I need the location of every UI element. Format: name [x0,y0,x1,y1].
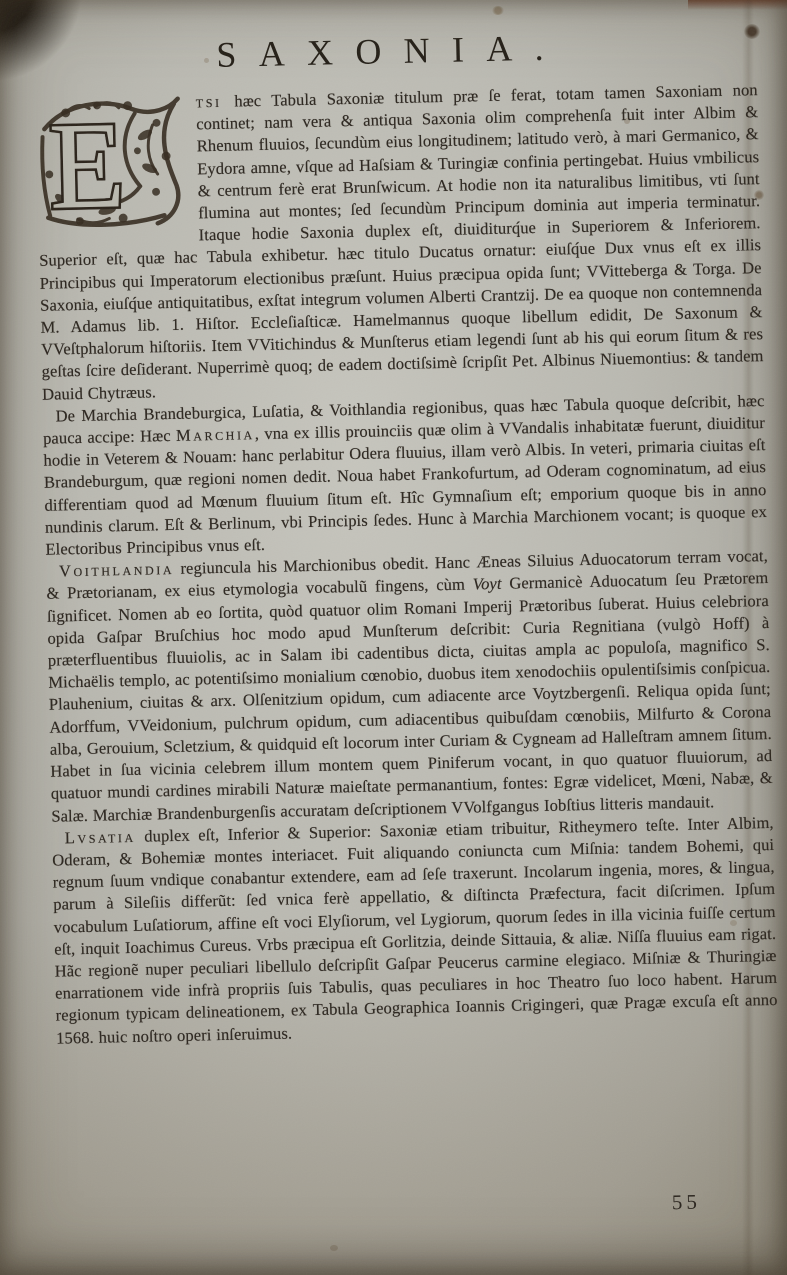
page-number: 55 [672,1190,702,1216]
paragraph: E tsi hæc Tabula Saxoniæ titulum præ ſe … [36,79,765,406]
stain [492,6,504,15]
body-text: E tsi hæc Tabula Saxoniæ titulum præ ſe … [36,79,779,1049]
page-title: SAXONIA. [14,22,757,80]
text-segment: Voithlandia [59,559,175,581]
drop-cap-letter: E [48,95,127,229]
paragraph: Lvsatia duplex eſt, Inferior & Superior:… [52,812,779,1050]
text-segment: tsi [196,92,235,112]
text-segment: Lvsatia [65,827,136,848]
ornate-initial-woodcut: E [36,95,187,229]
paragraph: De Marchia Brandeburgica, Luſatia, & Voi… [42,390,767,561]
stain [688,0,787,10]
text-segment: Germanicè Aduocatum ſeu Prætorem ſignifi… [47,568,773,825]
paragraph: Voithlandia regiuncula his Marchionibus … [46,545,774,827]
text-segment: Voyt [473,574,502,594]
text-segment: Marchia [176,424,255,445]
stain [330,1245,338,1251]
page-content: SAXONIA. [34,10,778,1049]
paragraph-text: Lvsatia duplex eſt, Inferior & Superior:… [52,813,778,1048]
paragraph-text: De Marchia Brandeburgica, Luſatia, & Voi… [43,391,767,559]
paragraph-text: Voithlandia regiuncula his Marchionibus … [46,546,773,825]
text-segment: duplex eſt, Inferior & Superior: Saxoniæ… [52,813,778,1048]
book-page: SAXONIA. [0,0,787,1275]
